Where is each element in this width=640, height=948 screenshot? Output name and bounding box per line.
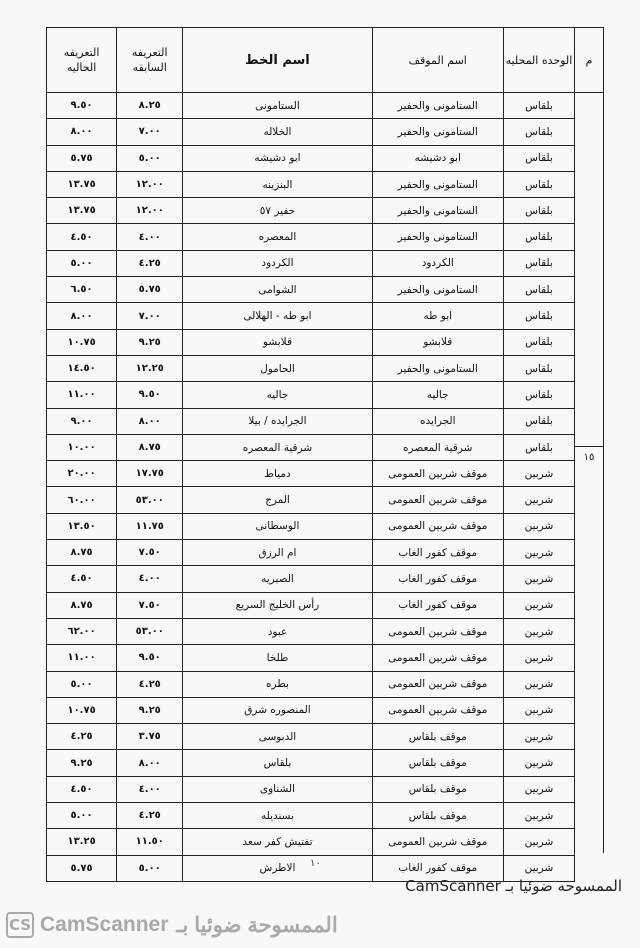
table-row: بلقاسشرقية المعصرهشرقية المعصره٨.٧٥١٠.٠٠ [47, 434, 575, 460]
cell-local-unit: بلقاس [503, 277, 574, 303]
cell-local-unit: شربين [503, 487, 574, 513]
cell-local-unit: شربين [503, 566, 574, 592]
header-previous-tariff: التعريفه السابقه [117, 28, 183, 93]
table-row: شربينموقف شربين العمومىتفتيش كفر سعد١١.٥… [47, 829, 575, 855]
table-row: بلقاسالستامونى والحفيرالستامونى٨.٢٥٩.٥٠ [47, 93, 575, 119]
cell-current-tariff: ١٣.٧٥ [47, 198, 117, 224]
cell-local-unit: شربين [503, 671, 574, 697]
cell-previous-tariff: ١٢.٢٥ [117, 355, 183, 381]
cell-local-unit: بلقاس [503, 119, 574, 145]
cell-station-name: موقف شربين العمومى [372, 513, 503, 539]
cell-previous-tariff: ٩.٥٠ [117, 382, 183, 408]
table-row: شربينموقف شربين العمومىطلخا٩.٥٠١١.٠٠ [47, 645, 575, 671]
table-row: شربينموقف شربين العمومىدمياط١٧.٧٥٢٠.٠٠ [47, 461, 575, 487]
group-divider [575, 446, 603, 447]
cell-local-unit: شربين [503, 618, 574, 644]
cell-current-tariff: ٩.٥٠ [47, 93, 117, 119]
cell-station-name: الستامونى والحفير [372, 224, 503, 250]
table-row: بلقاسالكردودالكردود٤.٢٥٥.٠٠ [47, 250, 575, 276]
cell-current-tariff: ٨.٠٠ [47, 119, 117, 145]
cell-previous-tariff: ٥.٠٠ [117, 855, 183, 881]
cell-line-name: الشوامى [183, 277, 372, 303]
cell-local-unit: شربين [503, 461, 574, 487]
cell-local-unit: بلقاس [503, 434, 574, 460]
watermark-arabic-text: الممسوحة ضوئيا بـ [176, 913, 337, 938]
table-row: شربينموقف شربين العمومىبطره٤.٢٥٥.٠٠ [47, 671, 575, 697]
cell-previous-tariff: ١١.٥٠ [117, 829, 183, 855]
watermark-brand: CamScanner [40, 913, 168, 937]
cell-local-unit: شربين [503, 750, 574, 776]
cell-previous-tariff: ١٢.٠٠ [117, 198, 183, 224]
cell-current-tariff: ١٠.٧٥ [47, 329, 117, 355]
table-row: شربينموقف شربين العمومىالوسطانى١١.٧٥١٣.٥… [47, 513, 575, 539]
cell-current-tariff: ٤.٥٠ [47, 224, 117, 250]
cell-current-tariff: ١٤.٥٠ [47, 355, 117, 381]
cell-line-name: الكردود [183, 250, 372, 276]
table-row: بلقاسالستامونى والحفيرحفير ٥٧١٢.٠٠١٣.٧٥ [47, 198, 575, 224]
cell-line-name: الاطرش [183, 855, 372, 881]
cell-previous-tariff: ٨.٧٥ [117, 434, 183, 460]
cell-line-name: الحامول [183, 355, 372, 381]
cell-line-name: رأس الخليج السريع [183, 592, 372, 618]
table-row: بلقاسالستامونى والحفيرالحامول١٢.٢٥١٤.٥٠ [47, 355, 575, 381]
cell-station-name: موقف كفور الغاب [372, 566, 503, 592]
cell-line-name: طلخا [183, 645, 372, 671]
cell-local-unit: بلقاس [503, 329, 574, 355]
cell-previous-tariff: ٧.٥٠ [117, 592, 183, 618]
table-row: شربينموقف كفور الغابام الرزق٧.٥٠٨.٧٥ [47, 540, 575, 566]
cell-local-unit: بلقاس [503, 382, 574, 408]
cell-station-name: قلابشو [372, 329, 503, 355]
header-local-unit: الوحده المحليه [503, 28, 574, 93]
table-row: بلقاسالستامونى والحفيرالشوامى٥.٧٥٦.٥٠ [47, 277, 575, 303]
cell-local-unit: بلقاس [503, 250, 574, 276]
cell-local-unit: بلقاس [503, 198, 574, 224]
cell-current-tariff: ٤.٢٥ [47, 724, 117, 750]
cell-local-unit: شربين [503, 697, 574, 723]
cell-previous-tariff: ٧.٥٠ [117, 540, 183, 566]
cell-previous-tariff: ٣.٧٥ [117, 724, 183, 750]
group-index-number: ١٥ [575, 452, 603, 463]
cell-local-unit: شربين [503, 645, 574, 671]
table-row: شربينموقف بلقاسالشناوى٤.٠٠٤.٥٠ [47, 776, 575, 802]
page-number: ١٠ [310, 858, 321, 869]
cell-station-name: الستامونى والحفير [372, 277, 503, 303]
index-column: م ١٥ [575, 27, 604, 853]
cell-current-tariff: ١٣.٢٥ [47, 829, 117, 855]
cell-line-name: الجرايده / بيلا [183, 408, 372, 434]
cell-line-name: المعصره [183, 224, 372, 250]
cell-current-tariff: ٥.٧٥ [47, 145, 117, 171]
cell-line-name: المرج [183, 487, 372, 513]
cell-local-unit: بلقاس [503, 93, 574, 119]
cell-local-unit: شربين [503, 592, 574, 618]
cell-line-name: دمياط [183, 461, 372, 487]
cell-previous-tariff: ١٧.٧٥ [117, 461, 183, 487]
cell-current-tariff: ٥.٠٠ [47, 671, 117, 697]
cell-previous-tariff: ٤.٠٠ [117, 224, 183, 250]
cell-local-unit: شربين [503, 724, 574, 750]
cell-station-name: موقف بلقاس [372, 750, 503, 776]
cell-current-tariff: ٨.٧٥ [47, 540, 117, 566]
cell-previous-tariff: ٥٣.٠٠ [117, 618, 183, 644]
cell-local-unit: بلقاس [503, 303, 574, 329]
table-header-row: الوحده المحليه اسم الموقف اسم الخط التعر… [47, 28, 575, 93]
cell-station-name: الستامونى والحفير [372, 119, 503, 145]
cell-current-tariff: ٦٢.٠٠ [47, 618, 117, 644]
cell-previous-tariff: ٤.٠٠ [117, 566, 183, 592]
cell-line-name: المنصوره شرق [183, 697, 372, 723]
cell-current-tariff: ٦٠.٠٠ [47, 487, 117, 513]
table-row: شربينموقف بلقاسالدبوسى٣.٧٥٤.٢٥ [47, 724, 575, 750]
cell-station-name: الستامونى والحفير [372, 171, 503, 197]
table-body: بلقاسالستامونى والحفيرالستامونى٨.٢٥٩.٥٠ب… [47, 93, 575, 882]
cell-line-name: ابو دشيشه [183, 145, 372, 171]
cell-current-tariff: ٤.٥٠ [47, 776, 117, 802]
table-row: بلقاسقلابشوقلابشو٩.٢٥١٠.٧٥ [47, 329, 575, 355]
table-row: شربينموقف شربين العمومىعبود٥٣.٠٠٦٢.٠٠ [47, 618, 575, 644]
cell-local-unit: شربين [503, 513, 574, 539]
cell-station-name: موقف شربين العمومى [372, 487, 503, 513]
table-row: شربينموقف بلقاسبلقاس٨.٠٠٩.٢٥ [47, 750, 575, 776]
cell-station-name: الكردود [372, 250, 503, 276]
cell-line-name: بطره [183, 671, 372, 697]
table-row: شربينموقف كفور الغابرأس الخليج السريع٧.٥… [47, 592, 575, 618]
header-index: م [575, 28, 603, 93]
cell-current-tariff: ٥.٧٥ [47, 855, 117, 881]
cell-current-tariff: ١٣.٧٥ [47, 171, 117, 197]
cell-station-name: موقف شربين العمومى [372, 461, 503, 487]
cell-line-name: جاليه [183, 382, 372, 408]
camscanner-watermark: CS CamScanner الممسوحة ضوئيا بـ [6, 908, 338, 942]
table-row: بلقاسابو دشيشهابو دشيشه٥.٠٠٥.٧٥ [47, 145, 575, 171]
table-row: بلقاسجاليهجاليه٩.٥٠١١.٠٠ [47, 382, 575, 408]
scanned-page: الوحده المحليه اسم الموقف اسم الخط التعر… [0, 0, 640, 948]
cell-current-tariff: ٥.٠٠ [47, 803, 117, 829]
cell-line-name: ابو طه - الهلالى [183, 303, 372, 329]
cell-previous-tariff: ١١.٧٥ [117, 513, 183, 539]
cell-previous-tariff: ٤.٢٥ [117, 803, 183, 829]
cell-previous-tariff: ٤.٠٠ [117, 776, 183, 802]
header-current-tariff: التعريفه الحاليه [47, 28, 117, 93]
cell-previous-tariff: ٧.٠٠ [117, 119, 183, 145]
cell-previous-tariff: ٨.٢٥ [117, 93, 183, 119]
cell-line-name: الخلاله [183, 119, 372, 145]
cell-line-name: بلقاس [183, 750, 372, 776]
table-row: شربينموقف بلقاسبسنديله٤.٢٥٥.٠٠ [47, 803, 575, 829]
header-station-name: اسم الموقف [372, 28, 503, 93]
cell-station-name: موقف بلقاس [372, 803, 503, 829]
cell-station-name: موقف شربين العمومى [372, 645, 503, 671]
cell-previous-tariff: ٥.٧٥ [117, 277, 183, 303]
cell-line-name: البنزينه [183, 171, 372, 197]
cell-local-unit: بلقاس [503, 355, 574, 381]
cell-station-name: موقف شربين العمومى [372, 829, 503, 855]
table-row: بلقاسابو طهابو طه - الهلالى٧.٠٠٨.٠٠ [47, 303, 575, 329]
cell-line-name: الدبوسى [183, 724, 372, 750]
cell-current-tariff: ١٣.٥٠ [47, 513, 117, 539]
cell-current-tariff: ٨.٠٠ [47, 303, 117, 329]
cell-previous-tariff: ٩.٢٥ [117, 697, 183, 723]
cell-local-unit: بلقاس [503, 145, 574, 171]
cell-local-unit: بلقاس [503, 171, 574, 197]
cell-local-unit: شربين [503, 829, 574, 855]
cell-station-name: الستامونى والحفير [372, 198, 503, 224]
scanned-by-line: الممسوحه ضوئيا بـ CamScanner [390, 877, 622, 895]
cell-station-name: موقف كفور الغاب [372, 592, 503, 618]
cell-current-tariff: ١٠.٠٠ [47, 434, 117, 460]
table-row: شربينموقف كفور الغابالصبريه٤.٠٠٤.٥٠ [47, 566, 575, 592]
cell-current-tariff: ٨.٧٥ [47, 592, 117, 618]
cell-line-name: بسنديله [183, 803, 372, 829]
cell-previous-tariff: ٥.٠٠ [117, 145, 183, 171]
cell-current-tariff: ١٠.٧٥ [47, 697, 117, 723]
cell-line-name: الشناوى [183, 776, 372, 802]
cell-station-name: ابو طه [372, 303, 503, 329]
cell-line-name: الوسطانى [183, 513, 372, 539]
cell-current-tariff: ٩.٢٥ [47, 750, 117, 776]
cell-station-name: موقف شربين العمومى [372, 671, 503, 697]
cell-local-unit: شربين [503, 540, 574, 566]
cell-current-tariff: ٦.٥٠ [47, 277, 117, 303]
cell-line-name: الصبريه [183, 566, 372, 592]
cell-line-name: قلابشو [183, 329, 372, 355]
cell-station-name: شرقية المعصره [372, 434, 503, 460]
cell-station-name: موقف بلقاس [372, 724, 503, 750]
cell-previous-tariff: ٤.٢٥ [117, 671, 183, 697]
cell-station-name: موقف كفور الغاب [372, 540, 503, 566]
cell-current-tariff: ٥.٠٠ [47, 250, 117, 276]
cell-station-name: جاليه [372, 382, 503, 408]
cell-current-tariff: ٢٠.٠٠ [47, 461, 117, 487]
cell-previous-tariff: ٨.٠٠ [117, 750, 183, 776]
cell-station-name: ابو دشيشه [372, 145, 503, 171]
cell-line-name: تفتيش كفر سعد [183, 829, 372, 855]
cell-current-tariff: ٩.٠٠ [47, 408, 117, 434]
cell-local-unit: شربين [503, 803, 574, 829]
cell-current-tariff: ١١.٠٠ [47, 645, 117, 671]
cell-line-name: عبود [183, 618, 372, 644]
table-row: بلقاسالستامونى والحفيرالمعصره٤.٠٠٤.٥٠ [47, 224, 575, 250]
tariff-table: الوحده المحليه اسم الموقف اسم الخط التعر… [46, 27, 575, 882]
cell-previous-tariff: ٤.٢٥ [117, 250, 183, 276]
cell-local-unit: شربين [503, 776, 574, 802]
cell-local-unit: بلقاس [503, 224, 574, 250]
table-row: بلقاسالستامونى والحفيرالخلاله٧.٠٠٨.٠٠ [47, 119, 575, 145]
camscanner-logo-icon: CS [6, 912, 34, 938]
cell-line-name: الستامونى [183, 93, 372, 119]
cell-station-name: الستامونى والحفير [372, 355, 503, 381]
header-line-name: اسم الخط [183, 28, 372, 93]
cell-previous-tariff: ٨.٠٠ [117, 408, 183, 434]
table-row: شربينموقف شربين العمومىالمرج٥٣.٠٠٦٠.٠٠ [47, 487, 575, 513]
cell-local-unit: بلقاس [503, 408, 574, 434]
cell-line-name: شرقية المعصره [183, 434, 372, 460]
cell-line-name: ام الرزق [183, 540, 372, 566]
cell-station-name: موقف بلقاس [372, 776, 503, 802]
cell-previous-tariff: ٩.٢٥ [117, 329, 183, 355]
cell-previous-tariff: ٥٣.٠٠ [117, 487, 183, 513]
table-row: شربينموقف شربين العمومىالمنصوره شرق٩.٢٥١… [47, 697, 575, 723]
table-row: بلقاسالستامونى والحفيرالبنزينه١٢.٠٠١٣.٧٥ [47, 171, 575, 197]
cell-previous-tariff: ٧.٠٠ [117, 303, 183, 329]
cell-station-name: موقف شربين العمومى [372, 618, 503, 644]
table-row: بلقاسالجرايدهالجرايده / بيلا٨.٠٠٩.٠٠ [47, 408, 575, 434]
cell-previous-tariff: ٩.٥٠ [117, 645, 183, 671]
cell-station-name: الستامونى والحفير [372, 93, 503, 119]
cell-current-tariff: ٤.٥٠ [47, 566, 117, 592]
cell-current-tariff: ١١.٠٠ [47, 382, 117, 408]
cell-line-name: حفير ٥٧ [183, 198, 372, 224]
cell-station-name: موقف شربين العمومى [372, 697, 503, 723]
cell-previous-tariff: ١٢.٠٠ [117, 171, 183, 197]
cell-station-name: الجرايده [372, 408, 503, 434]
